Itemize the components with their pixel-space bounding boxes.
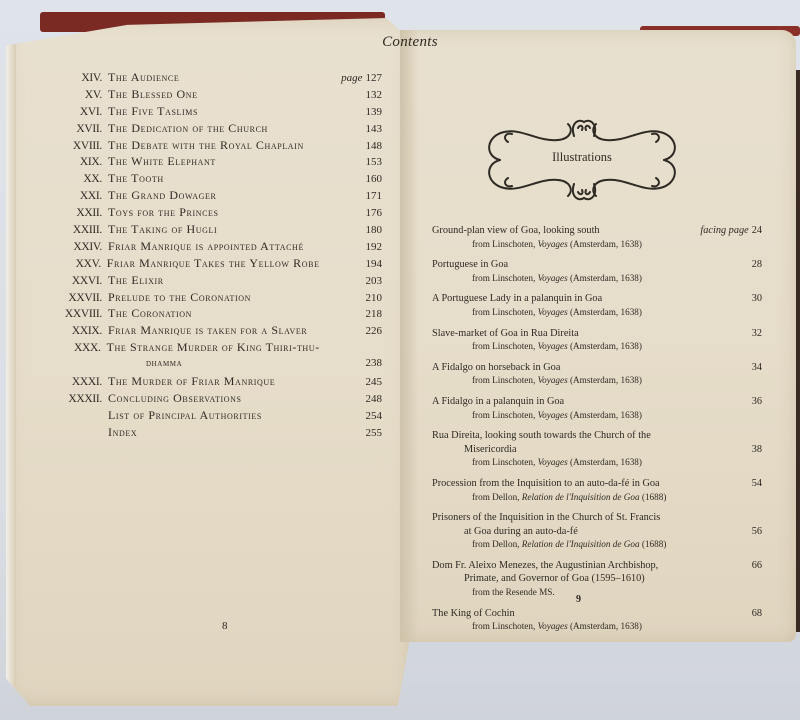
page-number-left: 8 (222, 620, 228, 632)
illustration-source: from Linschoten, Voyages (Amsterdam, 163… (432, 409, 762, 423)
toc-entry: XIV. The Audience page127 (52, 70, 382, 87)
chapter-page: 238 (318, 357, 382, 369)
chapter-number: XIV. (52, 72, 108, 84)
illustration-title-row: Slave-market of Goa in Rua Direita 32 (432, 327, 762, 341)
page-value: 248 (366, 393, 383, 405)
illustration-source: from Linschoten, Voyages (Amsterdam, 163… (432, 340, 762, 354)
illustration-title-continuation: Primate, and Governor of Goa (1595–1610) (432, 572, 762, 586)
illustration-title: A Fidalgo on horseback in Goa (432, 361, 682, 375)
chapter-title: Friar Manrique Takes the Yellow Robe (107, 256, 320, 271)
source-text: from Linschoten, (472, 621, 538, 631)
chapter-page: 143 (318, 123, 382, 135)
illustration-page: 30 (682, 292, 762, 306)
source-text: from Dellon, (472, 539, 522, 549)
chapter-number: XVIII. (52, 140, 108, 152)
chapter-number: XXVII. (52, 292, 108, 304)
chapter-page: 180 (318, 224, 382, 236)
source-details: (1688) (640, 492, 667, 502)
toc-entry: Index 255 (52, 425, 382, 442)
source-title: Voyages (538, 375, 568, 385)
source-text: from Linschoten, (472, 410, 538, 420)
page-value: 245 (366, 376, 383, 388)
table-of-contents: XIV. The Audience page127 XV. The Blesse… (52, 70, 382, 442)
source-details: (Amsterdam, 1638) (568, 273, 642, 283)
chapter-title: The Coronation (108, 306, 318, 321)
toc-entry: XXII. Toys for the Princes 176 (52, 205, 382, 222)
chapter-number: XXIV. (52, 241, 108, 253)
illustration-page: 68 (682, 607, 762, 621)
illustration-title: The King of Cochin (432, 607, 682, 621)
contents-heading: Contents (10, 34, 800, 51)
illustration-entry: Portuguese in Goa 28 from Linschoten, Vo… (432, 258, 762, 285)
illustrations-list: Ground-plan view of Goa, looking south f… (432, 224, 762, 641)
chapter-number: XX. (52, 173, 108, 185)
page-value: 127 (366, 72, 383, 84)
chapter-title: The Five Taslims (108, 104, 318, 119)
illustration-title: Slave-market of Goa in Rua Direita (432, 327, 682, 341)
illustration-page: 32 (682, 327, 762, 341)
book-spread: Contents XIV. The Audience page127 XV. T… (0, 0, 800, 720)
source-text: from the Resende MS. (472, 587, 555, 597)
illustration-page-cont: 56 (682, 525, 762, 539)
illustration-title: A Fidalgo in a palanquin in Goa (432, 395, 682, 409)
chapter-number: XXII. (52, 207, 108, 219)
page-value: 203 (366, 275, 383, 287)
chapter-page: 176 (318, 207, 382, 219)
illustration-title-row: The King of Cochin 68 (432, 607, 762, 621)
chapter-page: page127 (318, 72, 382, 84)
illustration-title-continuation: at Goa during an auto-da-fé 56 (432, 525, 762, 539)
source-text: from Linschoten, (472, 375, 538, 385)
toc-entry: XXXI. The Murder of Friar Manrique 245 (52, 374, 382, 391)
chapter-title: The Dedication of the Church (108, 121, 318, 136)
page-value: 30 (752, 293, 762, 304)
illustration-title-row: Prisoners of the Inquisition in the Chur… (432, 511, 762, 525)
source-details: (Amsterdam, 1638) (568, 621, 642, 631)
chapter-title: The Murder of Friar Manrique (108, 374, 318, 389)
chapter-number: XXX. (52, 342, 107, 354)
illustration-entry: Dom Fr. Aleixo Menezes, the Augustinian … (432, 559, 762, 600)
chapter-title: The Debate with the Royal Chaplain (108, 138, 318, 153)
page-value: 28 (752, 259, 762, 270)
illustration-entry: A Fidalgo on horseback in Goa 34 from Li… (432, 361, 762, 388)
illustration-title: Rua Direita, looking south towards the C… (432, 429, 682, 443)
source-details: (1688) (640, 539, 667, 549)
page-value: 238 (366, 357, 383, 369)
chapter-title: Friar Manrique is taken for a Slaver (108, 323, 318, 338)
illustration-page-cont (682, 572, 762, 586)
illustration-title: A Portuguese Lady in a palanquin in Goa (432, 292, 682, 306)
page-prefix: page (341, 72, 362, 84)
toc-entry: XXIV. Friar Manrique is appointed Attach… (52, 239, 382, 256)
source-details: (Amsterdam, 1638) (568, 457, 642, 467)
chapter-number: XXI. (52, 190, 108, 202)
chapter-page: 255 (318, 427, 382, 439)
chapter-title: List of Principal Authorities (108, 408, 318, 423)
page-value: 180 (366, 224, 383, 236)
page-value: 66 (752, 560, 762, 571)
chapter-title: The White Elephant (108, 154, 318, 169)
illustration-title-continuation: Misericordia 38 (432, 443, 762, 457)
page-value: 226 (366, 325, 383, 337)
illustration-title-row: Portuguese in Goa 28 (432, 258, 762, 272)
page-number-right: 9 (576, 594, 581, 605)
toc-entry: XX. The Tooth 160 (52, 171, 382, 188)
chapter-title: Concluding Observations (108, 391, 318, 406)
illustration-title-row: Rua Direita, looking south towards the C… (432, 429, 762, 443)
illustration-source: from Linschoten, Voyages (Amsterdam, 163… (432, 272, 762, 286)
chapter-page: 218 (318, 308, 382, 320)
toc-entry: XVIII. The Debate with the Royal Chaplai… (52, 138, 382, 155)
page-value: 218 (366, 308, 383, 320)
illustration-entry: Prisoners of the Inquisition in the Chur… (432, 511, 762, 552)
illustration-source: from Linschoten, Voyages (Amsterdam, 163… (432, 238, 762, 252)
illustration-title-row: A Fidalgo in a palanquin in Goa 36 (432, 395, 762, 409)
source-title: Voyages (538, 621, 568, 631)
chapter-page: 210 (318, 292, 382, 304)
illustration-source: from Linschoten, Voyages (Amsterdam, 163… (432, 620, 762, 634)
toc-entry: XXVI. The Elixir 203 (52, 273, 382, 290)
illustration-page: 28 (682, 258, 762, 272)
page-value: 254 (366, 410, 383, 422)
illustration-page: 36 (682, 395, 762, 409)
illustration-source: from Dellon, Relation de l'Inquisition d… (432, 491, 762, 505)
page-value: 143 (366, 123, 383, 135)
chapter-number: XV. (52, 89, 108, 101)
illustrations-heading: Illustrations (478, 150, 686, 165)
chapter-page: 139 (318, 106, 382, 118)
toc-entry: XVII. The Dedication of the Church 143 (52, 121, 382, 138)
source-text: from Dellon, (472, 492, 522, 502)
page-value: 54 (752, 478, 762, 489)
chapter-number: XXVIII. (52, 308, 108, 320)
illustration-page-cont: 38 (682, 443, 762, 457)
page-value: 192 (366, 241, 383, 253)
illustration-entry: Procession from the Inquisition to an au… (432, 477, 762, 504)
chapter-number: XXXII. (52, 393, 108, 405)
toc-entry: XXXII. Concluding Observations 248 (52, 391, 382, 408)
chapter-page: 171 (318, 190, 382, 202)
illustration-title-row: Dom Fr. Aleixo Menezes, the Augustinian … (432, 559, 762, 573)
chapter-page: 254 (318, 410, 382, 422)
page-value: 139 (366, 106, 383, 118)
source-title: Voyages (538, 341, 568, 351)
chapter-page (320, 342, 382, 354)
illustration-source: from Linschoten, Voyages (Amsterdam, 163… (432, 374, 762, 388)
chapter-title: The Elixir (108, 273, 318, 288)
chapter-number: XXIII. (52, 224, 108, 236)
toc-entry: XXI. The Grand Dowager 171 (52, 188, 382, 205)
toc-entry: XXV. Friar Manrique Takes the Yellow Rob… (52, 256, 382, 273)
illustration-entry: Ground-plan view of Goa, looking south f… (432, 224, 762, 251)
source-text: from Linschoten, (472, 273, 538, 283)
page-value: 176 (366, 207, 383, 219)
page-value: 32 (752, 328, 762, 339)
illustration-page (682, 511, 762, 525)
illustration-title: Ground-plan view of Goa, looking south (432, 224, 682, 238)
illustration-title-row: Ground-plan view of Goa, looking south f… (432, 224, 762, 238)
illustration-page (682, 429, 762, 443)
chapter-title: The Blessed One (108, 87, 318, 102)
page-value: 132 (366, 89, 383, 101)
source-title: Voyages (538, 410, 568, 420)
illustration-source: from Linschoten, Voyages (Amsterdam, 163… (432, 456, 762, 470)
chapter-title: The Grand Dowager (108, 188, 318, 203)
illustration-title-cont: Misericordia (464, 443, 517, 457)
source-text: from Linschoten, (472, 307, 538, 317)
page-value: 210 (366, 292, 383, 304)
source-title: Relation de l'Inquisition de Goa (522, 492, 640, 502)
toc-entry: XXVII. Prelude to the Coronation 210 (52, 290, 382, 307)
illustration-page: facing page24 (682, 224, 762, 238)
chapter-number: XXV. (52, 258, 107, 270)
source-text: from Linschoten, (472, 239, 538, 249)
illustration-entry: A Fidalgo in a palanquin in Goa 36 from … (432, 395, 762, 422)
chapter-number: XXVI. (52, 275, 108, 287)
chapter-title: The Tooth (108, 171, 318, 186)
source-text: from Linschoten, (472, 457, 538, 467)
illustration-title: Dom Fr. Aleixo Menezes, the Augustinian … (432, 559, 682, 573)
source-details: (Amsterdam, 1638) (568, 239, 642, 249)
chapter-page: 226 (318, 325, 382, 337)
chapter-page: 192 (318, 241, 382, 253)
chapter-page: 194 (320, 258, 382, 270)
illustration-entry: Rua Direita, looking south towards the C… (432, 429, 762, 470)
chapter-title: Index (108, 425, 318, 440)
chapter-title: The Audience (108, 70, 318, 85)
chapter-title: Prelude to the Coronation (108, 290, 318, 305)
chapter-title: dhamma (108, 358, 318, 369)
source-title: Voyages (538, 239, 568, 249)
illustration-title-cont: at Goa during an auto-da-fé (464, 525, 578, 539)
source-details: (Amsterdam, 1638) (568, 307, 642, 317)
chapter-title: Friar Manrique is appointed Attaché (108, 239, 318, 254)
chapter-number: XIX. (52, 156, 108, 168)
page-value: 148 (366, 140, 383, 152)
illustration-entry: Slave-market of Goa in Rua Direita 32 fr… (432, 327, 762, 354)
illustration-title: Prisoners of the Inquisition in the Chur… (432, 511, 682, 525)
page-prefix: facing page (700, 225, 748, 236)
page-value: 34 (752, 362, 762, 373)
source-title: Voyages (538, 273, 568, 283)
source-details: (Amsterdam, 1638) (568, 375, 642, 385)
illustration-entry: The King of Cochin 68 from Linschoten, V… (432, 607, 762, 634)
chapter-page: 245 (318, 376, 382, 388)
page-value: 24 (752, 225, 762, 236)
toc-entry: XXIII. The Taking of Hugli 180 (52, 222, 382, 239)
chapter-page: 153 (318, 156, 382, 168)
illustration-title-row: Procession from the Inquisition to an au… (432, 477, 762, 491)
illustration-page: 66 (682, 559, 762, 573)
chapter-title: Toys for the Princes (108, 205, 318, 220)
source-title: Voyages (538, 307, 568, 317)
illustration-title-cont: Primate, and Governor of Goa (1595–1610) (464, 572, 645, 586)
chapter-page: 248 (318, 393, 382, 405)
page-value: 153 (366, 156, 383, 168)
source-details: (Amsterdam, 1638) (568, 410, 642, 420)
illustration-source: from Dellon, Relation de l'Inquisition d… (432, 538, 762, 552)
illustration-title: Procession from the Inquisition to an au… (432, 477, 682, 491)
toc-entry: XVI. The Five Taslims 139 (52, 104, 382, 121)
chapter-number: XXIX. (52, 325, 108, 337)
illustration-page: 54 (682, 477, 762, 491)
toc-entry: XXVIII. The Coronation 218 (52, 306, 382, 323)
source-text: from Linschoten, (472, 341, 538, 351)
source-title: Voyages (538, 457, 568, 467)
illustration-source: from Linschoten, Voyages (Amsterdam, 163… (432, 306, 762, 320)
chapter-page: 148 (318, 140, 382, 152)
toc-entry: XXX. The Strange Murder of King Thiri-th… (52, 340, 382, 357)
toc-entry: dhamma 238 (52, 357, 382, 374)
illustration-title: Portuguese in Goa (432, 258, 682, 272)
illustration-title-row: A Portuguese Lady in a palanquin in Goa … (432, 292, 762, 306)
chapter-page: 160 (318, 173, 382, 185)
source-details: (Amsterdam, 1638) (568, 341, 642, 351)
toc-entry: XV. The Blessed One 132 (52, 87, 382, 104)
chapter-title: The Taking of Hugli (108, 222, 318, 237)
chapter-page: 132 (318, 89, 382, 101)
toc-entry: List of Principal Authorities 254 (52, 408, 382, 425)
illustration-entry: A Portuguese Lady in a palanquin in Goa … (432, 292, 762, 319)
page-value: 255 (366, 427, 383, 439)
chapter-number: XVII. (52, 123, 108, 135)
chapter-number: XXXI. (52, 376, 108, 388)
toc-entry: XIX. The White Elephant 153 (52, 154, 382, 171)
page-value: 36 (752, 396, 762, 407)
page-value: 68 (752, 608, 762, 619)
source-title: Relation de l'Inquisition de Goa (522, 539, 640, 549)
page-value: 160 (366, 173, 383, 185)
chapter-title: The Strange Murder of King Thiri-thu- (107, 340, 320, 355)
page-value: 194 (366, 258, 383, 270)
illustration-page: 34 (682, 361, 762, 375)
toc-entry: XXIX. Friar Manrique is taken for a Slav… (52, 323, 382, 340)
chapter-page: 203 (318, 275, 382, 287)
page-value: 171 (366, 190, 383, 202)
chapter-number: XVI. (52, 106, 108, 118)
illustration-source: from the Resende MS. (432, 586, 762, 600)
illustration-title-row: A Fidalgo on horseback in Goa 34 (432, 361, 762, 375)
